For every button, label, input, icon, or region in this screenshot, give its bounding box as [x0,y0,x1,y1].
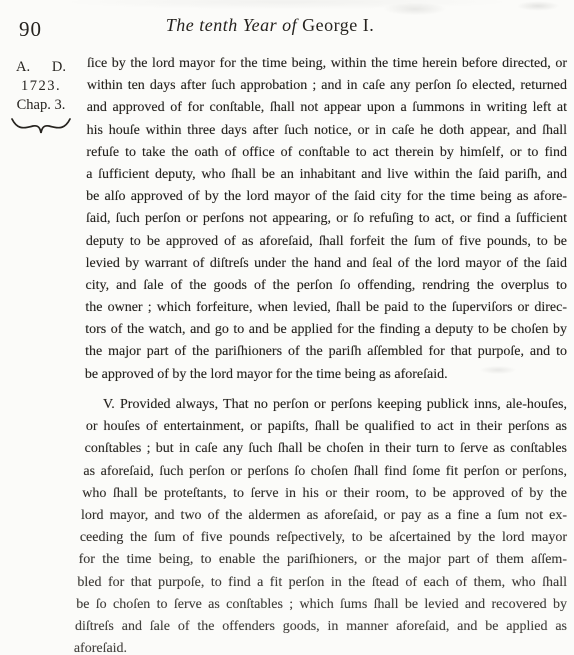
text-line: ſaid, ſuch perſon or perſons not appeari… [86,208,567,230]
text-line: the major part of the pariſhioners of th… [85,341,567,363]
text-line: and approved of for conſtable, ſhall not… [87,97,567,119]
text-line: refuſe to take the oath of office of con… [86,142,567,164]
text-line: city, and ſale of the goods of the perſo… [86,275,568,297]
running-head: The tenth Year of George I. [0,15,557,36]
text-line: tors of the watch, and go to and be appl… [85,319,567,341]
text-line: aforeſaid. [74,638,567,655]
text-line: conſtables ; but in caſe any ſuch ſhall … [85,438,567,460]
underbrace-flourish-icon [10,116,72,136]
text-line: his houſe within three days after ſuch n… [87,120,567,142]
text-line: within ten days after ſuch approbation ;… [87,75,567,97]
text-line: diſtreſs and ſale of the offenders goods… [75,616,567,638]
text-line: levied by warrant of diſtreſs under the … [86,253,567,275]
text-line: as aforeſaid, ſuch perſon or perſons ſo … [83,461,567,483]
text-line: who ſhall be proteſtants, to ſerve in hi… [82,483,567,505]
margin-note-chapter: Chap. 3. [8,96,74,115]
paragraph-section-v: V. Provided always, That no perſon or pe… [87,394,567,655]
text-line: or houſes of entertainment, or papiſts, … [86,416,567,438]
book-page: 90 The tenth Year of George I. A. D. 172… [0,0,574,655]
text-line: the owner ; which forfeiture, when levie… [85,297,567,319]
text-line: be approved of by the lord mayor for the… [85,364,567,386]
text-line: be alſo approved of by the lord mayor of… [86,186,567,208]
text-line: a ſufficient deputy, who ſhall be an inh… [86,164,567,186]
text-line: ceeding the ſum of five pounds reſpectiv… [80,527,567,549]
text-line: lord mayor, and two of the aldermen as a… [81,505,567,527]
text-line: ſice by the lord mayor for the time bein… [87,53,567,75]
running-head-italic: The tenth Year of [166,15,297,35]
text-line: bled for that purpoſe, to find a fit per… [77,572,567,594]
text-line: be ſo choſen to ſerve as conſtables ; wh… [76,594,567,616]
text-line: for the time being, to enable the pariſh… [79,549,567,571]
running-head-roman: George I. [297,15,374,35]
text-line: V. Provided always, That no perſon or pe… [87,394,567,416]
text-line: deputy to be approved of as aforeſaid, ſ… [86,231,567,253]
paragraph-section-iv-continuation: ſice by the lord mayor for the time bein… [87,53,567,386]
margin-note: A. D. 1723. Chap. 3. [8,58,74,136]
margin-note-year: 1723. [8,77,74,96]
margin-note-ad: A. D. [16,58,66,77]
